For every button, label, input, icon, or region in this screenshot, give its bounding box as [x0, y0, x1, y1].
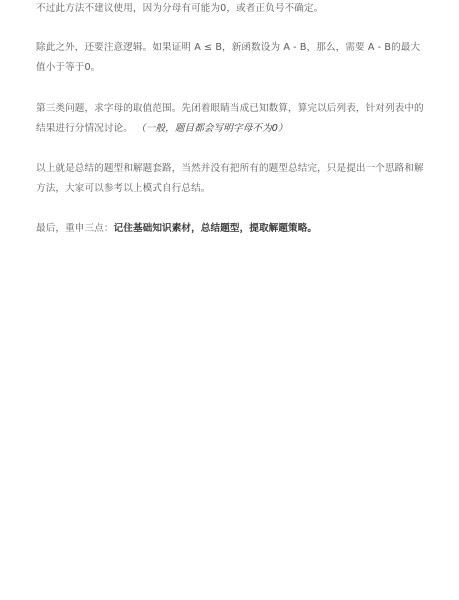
conclusion-prefix: 最后，重申三点：	[36, 223, 114, 234]
paragraph-logic-note: 除此之外，还要注意逻辑。如果证明 A ≤ B，新函数设为 A - B，那么，需要…	[36, 38, 426, 78]
paragraph-text: 不过此方法不建议使用，因为分母有可能为0，或者正负号不确定。	[36, 3, 323, 14]
paragraph-text: 除此之外，还要注意逻辑。如果证明 A ≤ B，新函数设为 A - B，那么，需要…	[36, 42, 420, 73]
paragraph-summary: 以上就是总结的题型和解题套路，当然并没有把所有的题型总结完，只是提出一个思路和解…	[36, 159, 426, 199]
paragraph-method-warning: 不过此方法不建议使用，因为分母有可能为0，或者正负号不确定。	[36, 0, 323, 19]
italic-note: （一般，题目都会写明字母不为0）	[136, 123, 288, 134]
paragraph-third-type: 第三类问题，求字母的取值范围。先闭着眼睛当成已知数算，算完以后列表，针对列表中的…	[36, 99, 426, 139]
paragraph-text: 以上就是总结的题型和解题套路，当然并没有把所有的题型总结完，只是提出一个思路和解…	[36, 163, 424, 194]
conclusion-key-points: 记住基础知识素材，总结题型，提取解题策略。	[114, 223, 318, 234]
paragraph-conclusion: 最后，重申三点：记住基础知识素材，总结题型，提取解题策略。	[36, 219, 317, 239]
